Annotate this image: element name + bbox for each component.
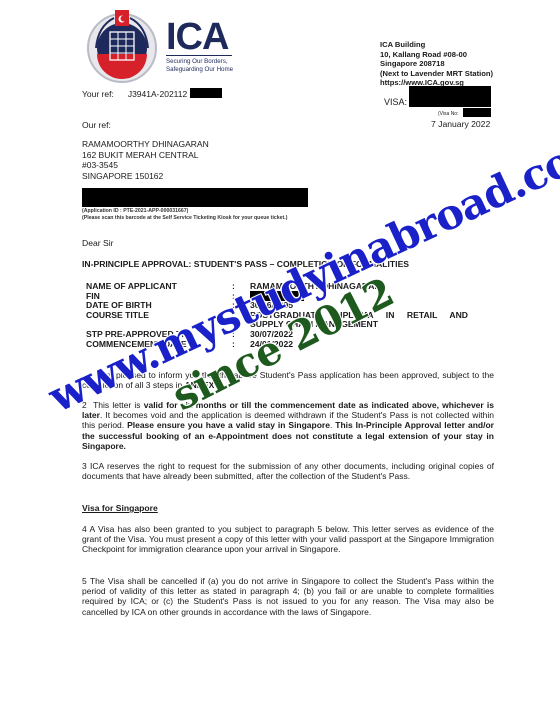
bold-text: Please ensure you have a valid stay in S… xyxy=(127,420,330,430)
visa-section-heading: Visa for Singapore xyxy=(82,503,158,513)
our-ref-label: Our ref: xyxy=(82,120,111,130)
agency-logo-text: ICA xyxy=(166,18,228,56)
recipient-line: #03-3545 xyxy=(82,160,209,171)
barcode-notes: (Application ID : PTE-2021-APP-000031667… xyxy=(82,208,287,221)
recipient-line: 162 BUKIT MERAH CENTRAL xyxy=(82,150,209,161)
recipient-address: RAMAMOORTHY DHINAGARAN 162 BUKIT MERAH C… xyxy=(82,139,209,181)
salutation: Dear Sir xyxy=(82,238,114,248)
address-line: Singapore 208718 xyxy=(380,59,493,69)
visa-label: VISA: xyxy=(384,97,407,107)
address-line: (Next to Lavender MRT Station) xyxy=(380,69,493,79)
address-line: 10, Kallang Road #08-00 xyxy=(380,50,493,60)
visa-no-text: (Visa No: xyxy=(438,111,458,117)
ica-crest-icon xyxy=(86,8,158,84)
your-ref: Your ref:J3941A-202112 xyxy=(82,89,187,99)
your-ref-value: J3941A-202112 xyxy=(128,89,187,99)
barcode-instruction: (Please scan this barcode at the Self Se… xyxy=(82,215,287,222)
sender-address: ICA Building 10, Kallang Road #08-00 Sin… xyxy=(380,40,493,88)
letter-date: 7 January 2022 xyxy=(431,119,490,129)
your-ref-label: Your ref: xyxy=(82,89,114,99)
detail-label: NAME OF APPLICANT xyxy=(86,282,232,292)
recipient-name: RAMAMOORTHY DHINAGARAN xyxy=(82,139,209,150)
recipient-line: SINGAPORE 150162 xyxy=(82,171,209,182)
redacted-block xyxy=(190,88,222,98)
address-line: ICA Building xyxy=(380,40,493,50)
redacted-barcode xyxy=(82,188,308,207)
paragraph-3: 3 ICA reserves the right to request for … xyxy=(82,461,494,481)
redacted-visa xyxy=(409,86,491,107)
logo-divider xyxy=(166,55,232,56)
paragraph-5: 5 The Visa shall be cancelled if (a) you… xyxy=(82,576,494,617)
redacted-visa-no xyxy=(463,108,491,117)
tagline-line: Safeguarding Our Home xyxy=(166,66,233,74)
tagline-line: Securing Our Borders, xyxy=(166,58,233,66)
paragraph-2: 2 This letter is valid for six months or… xyxy=(82,400,494,451)
agency-tagline: Securing Our Borders, Safeguarding Our H… xyxy=(166,58,233,73)
paragraph-4: 4 A Visa has also been granted to you su… xyxy=(82,524,494,555)
